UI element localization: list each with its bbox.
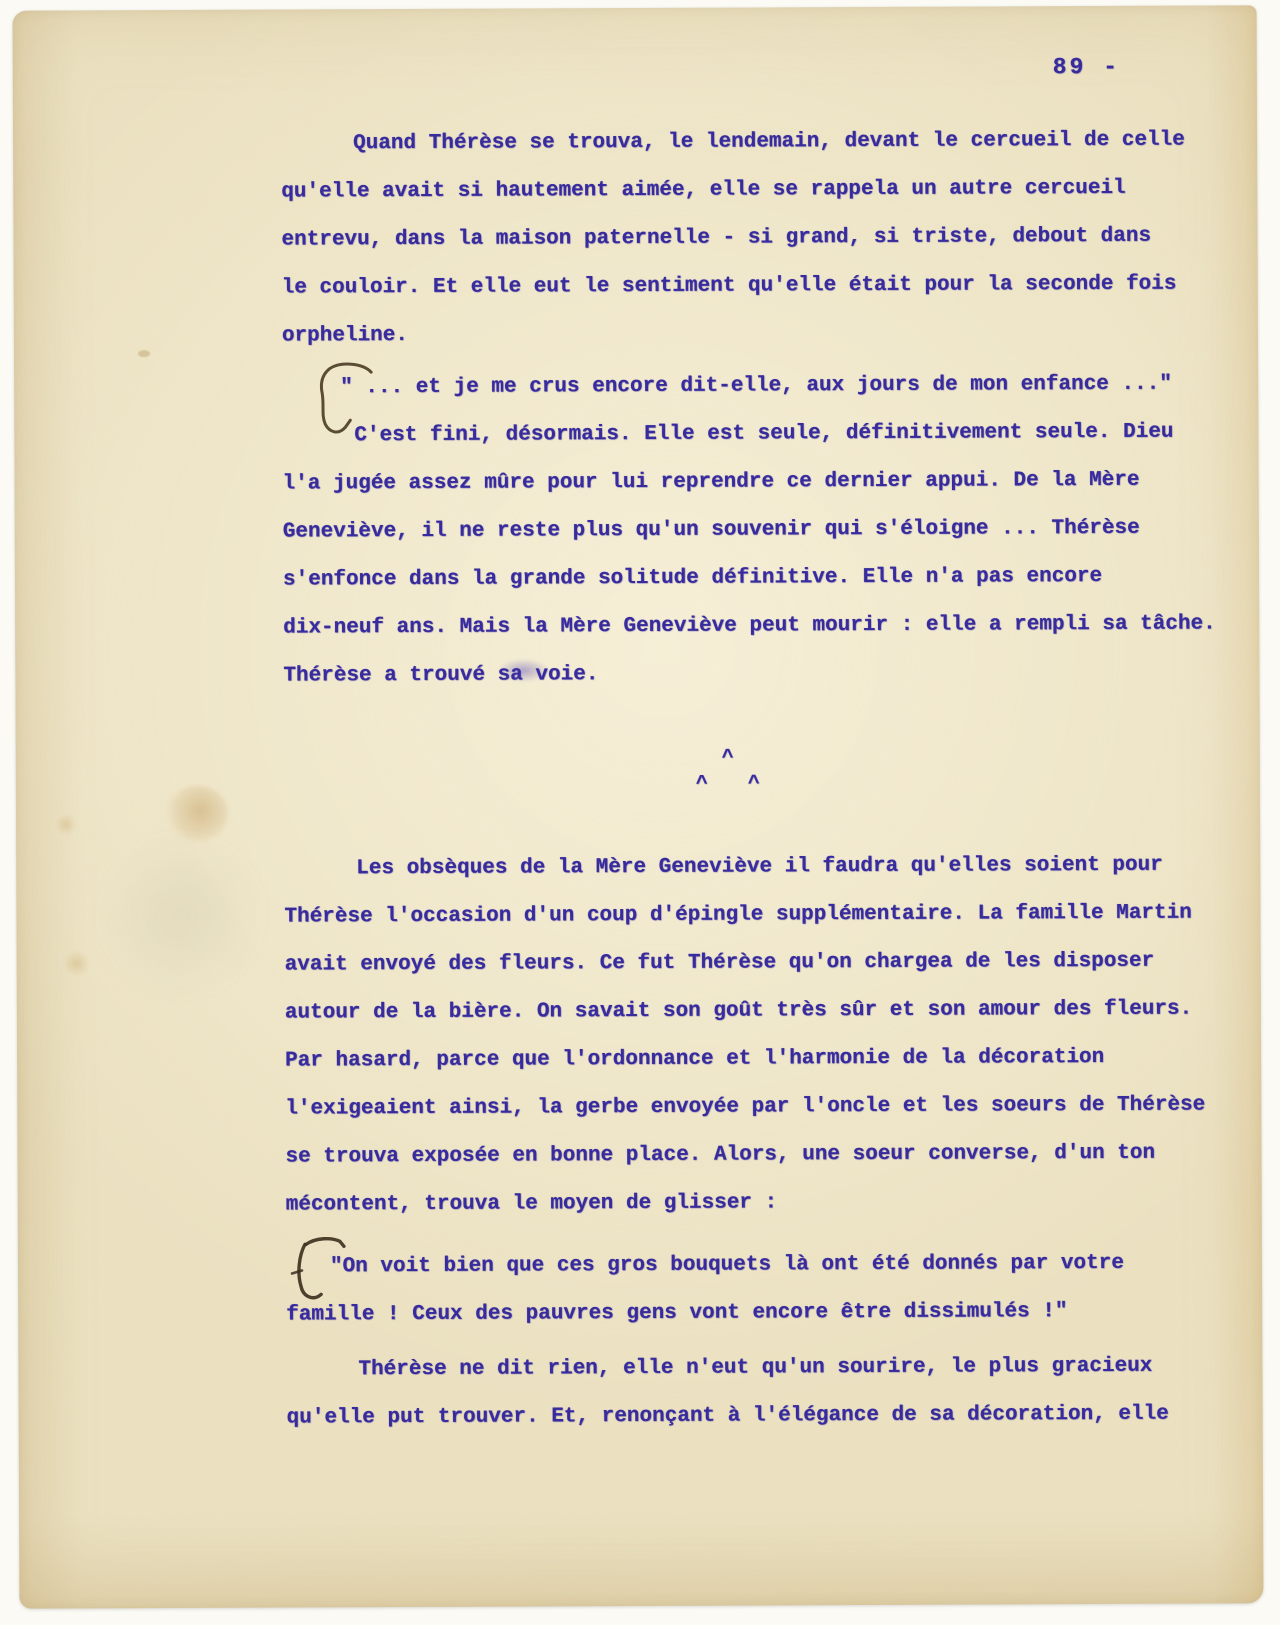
typed-line: le couloir. Et elle eut le sentiment qu'…: [282, 260, 1247, 312]
typed-line: qu'elle put trouver. Et, renonçant à l'é…: [287, 1390, 1252, 1442]
page-number: 89 -: [1053, 52, 1120, 82]
typed-line: famille ! Ceux des pauvres gens vont enc…: [286, 1287, 1251, 1339]
typed-line: se trouva exposée en bonne place. Alors,…: [285, 1129, 1250, 1181]
typed-line: entrevu, dans la maison paternelle - si …: [281, 212, 1246, 264]
typed-line: Geneviève, il ne reste plus qu'un souven…: [283, 504, 1248, 556]
text-section-1: Quand Thérèse se trouva, le lendemain, d…: [281, 116, 1249, 700]
typed-line: l'a jugée assez mûre pour lui reprendre …: [282, 456, 1247, 508]
paper-stain: [166, 786, 228, 842]
typed-line: C'est fini, désormais. Elle est seule, d…: [282, 408, 1247, 460]
paragraph: C'est fini, désormais. Elle est seule, d…: [282, 408, 1248, 700]
manuscript-page: 89 - Quand Thérèse se trouva, le lendema…: [13, 5, 1264, 1608]
text-section-2: Les obsèques de la Mère Geneviève il fau…: [284, 841, 1252, 1442]
typed-line: Thérèse a trouvé sa voie.: [283, 648, 1248, 700]
typed-line: Thérèse ne dit rien, elle n'eut qu'un so…: [286, 1342, 1251, 1394]
typed-line: Par hasard, parce que l'ordonnance et l'…: [285, 1033, 1250, 1085]
paper-stain: [138, 350, 150, 357]
caret-glyph: ^: [696, 772, 708, 798]
typed-line: " ... et je me crus encore dit-elle, aux…: [282, 360, 1247, 412]
typed-line: dix-neuf ans. Mais la Mère Geneviève peu…: [283, 600, 1248, 652]
paragraph: Les obsèques de la Mère Geneviève il fau…: [284, 841, 1251, 1229]
typed-line: qu'elle avait si hautement aimée, elle s…: [281, 164, 1246, 216]
typed-line: mécontent, trouva le moyen de glisser :: [286, 1177, 1251, 1229]
typed-line: s'enfonce dans la grande solitude défini…: [283, 552, 1248, 604]
typed-line: l'exigeaient ainsi, la gerbe envoyée par…: [285, 1081, 1250, 1133]
typed-line: autour de la bière. On savait son goût t…: [285, 985, 1250, 1037]
paragraph: Quand Thérèse se trouva, le lendemain, d…: [281, 116, 1247, 360]
section-separator: ^ ^ ^: [692, 745, 764, 797]
quoted-paragraph: " ... et je me crus encore dit-elle, aux…: [282, 360, 1247, 412]
paragraph: Thérèse ne dit rien, elle n'eut qu'un so…: [286, 1342, 1251, 1442]
paper-stain: [96, 830, 267, 1001]
caret-glyph: ^: [692, 745, 764, 771]
quoted-paragraph: "On voit bien que ces gros bouquets là o…: [286, 1239, 1251, 1339]
typed-line: Quand Thérèse se trouva, le lendemain, d…: [281, 116, 1246, 168]
paper-stain: [54, 814, 78, 834]
paper-stain: [63, 950, 91, 976]
typed-line: Thérèse l'occasion d'un coup d'épingle s…: [284, 889, 1249, 941]
caret-glyph: ^: [748, 771, 760, 797]
typed-line: orpheline.: [282, 308, 1247, 360]
typed-line: avait envoyé des fleurs. Ce fut Thérèse …: [285, 937, 1250, 989]
typed-line: "On voit bien que ces gros bouquets là o…: [286, 1239, 1251, 1291]
typed-line: Les obsèques de la Mère Geneviève il fau…: [284, 841, 1249, 893]
